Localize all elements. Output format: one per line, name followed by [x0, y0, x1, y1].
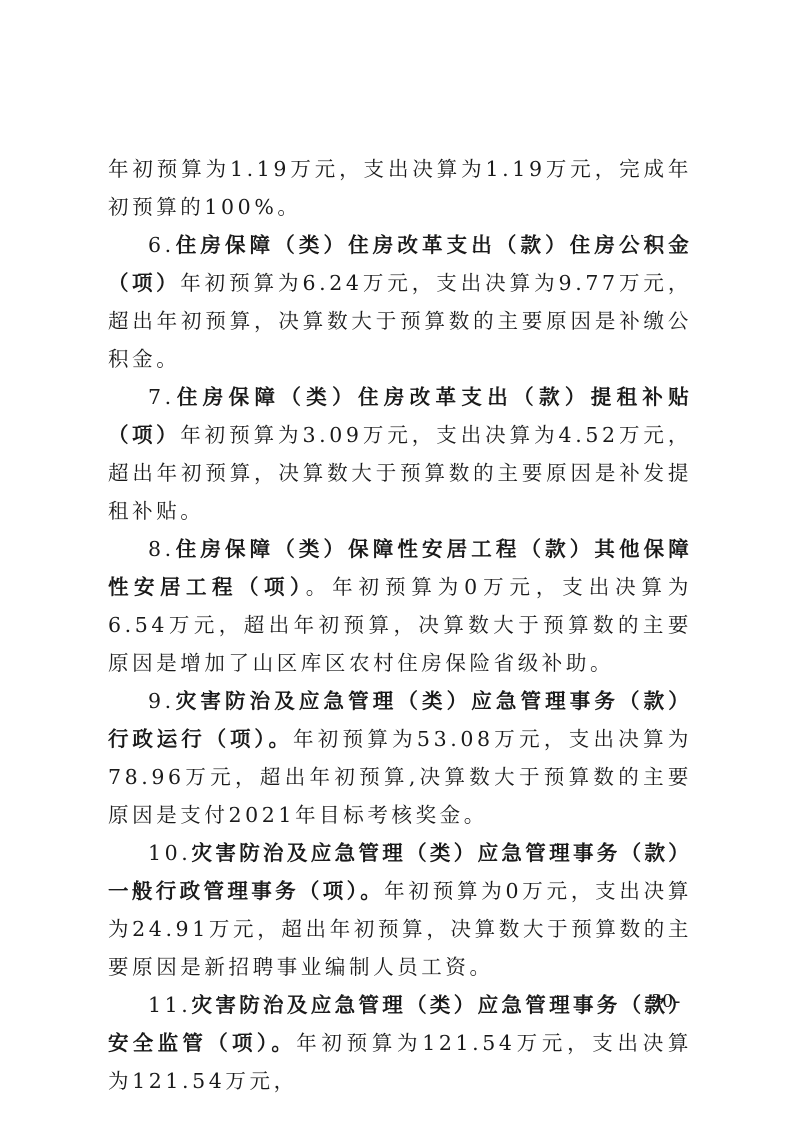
item-number: 10. [148, 841, 191, 865]
item-number: 9. [148, 689, 175, 713]
paragraph-item-9: 9.灾害防治及应急管理（类）应急管理事务（款）行政运行（项）。年初预算为53.0… [108, 682, 692, 834]
paragraph-body: 年初预算为6.24万元，支出决算为9.77万元，超出年初预算，决算数大于预算数的… [108, 271, 692, 371]
paragraph-body: 年初预算为3.09万元，支出决算为4.52万元，超出年初预算，决算数大于预算数的… [108, 423, 692, 523]
item-number: 11. [148, 993, 191, 1017]
paragraph-item-7: 7.住房保障（类）住房改革支出（款）提租补贴（项）年初预算为3.09万元，支出决… [108, 378, 692, 530]
paragraph-item-10: 10.灾害防治及应急管理（类）应急管理事务（款）一般行政管理事务（项）。年初预算… [108, 834, 692, 986]
page-number: -20- [644, 990, 681, 1013]
item-number: 7. [148, 385, 175, 409]
paragraph-item-11: 11.灾害防治及应急管理（类）应急管理事务（款）安全监管（项）。年初预算为121… [108, 986, 692, 1100]
paragraph-item-8: 8.住房保障（类）保障性安居工程（款）其他保障性安居工程（项）。年初预算为0万元… [108, 530, 692, 682]
paragraph-body: 年初预算为1.19万元，支出决算为1.19万元，完成年初预算的100%。 [108, 157, 692, 219]
item-number: 6. [148, 233, 175, 257]
paragraph-continuation: 年初预算为1.19万元，支出决算为1.19万元，完成年初预算的100%。 [108, 150, 692, 226]
document-page: 年初预算为1.19万元，支出决算为1.19万元，完成年初预算的100%。 6.住… [108, 150, 692, 1100]
paragraph-item-6: 6.住房保障（类）住房改革支出（款）住房公积金（项）年初预算为6.24万元，支出… [108, 226, 692, 378]
item-number: 8. [148, 537, 175, 561]
